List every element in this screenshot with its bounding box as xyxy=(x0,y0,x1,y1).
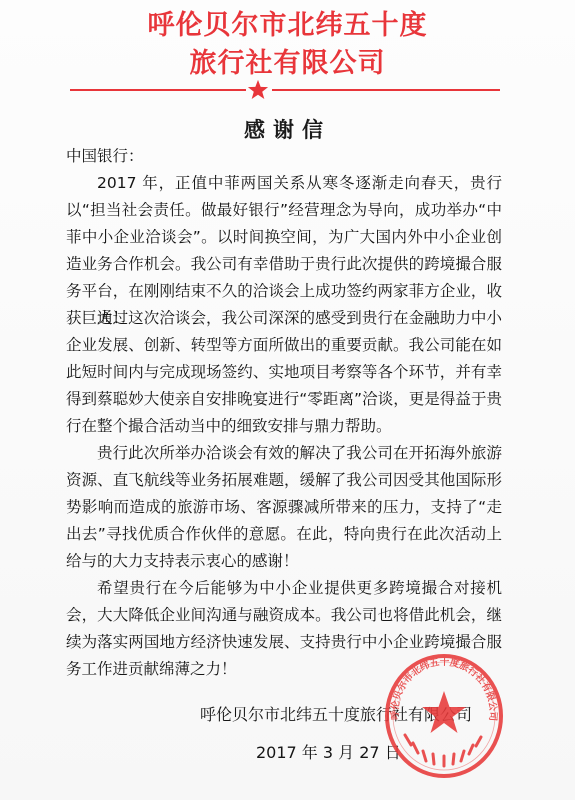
letterhead-company-line2: 旅行社有限公司 xyxy=(0,50,575,77)
letter-page: 呼伦贝尔市北纬五十度 旅行社有限公司 感谢信 中国银行： 2017 年，正值中菲… xyxy=(0,0,575,800)
salutation: 中国银行： xyxy=(66,143,502,170)
signature-date: 2017 年 3 月 27 日 xyxy=(256,740,401,763)
letterhead-company-line1: 呼伦贝尔市北纬五十度 xyxy=(0,12,575,39)
letter-body-3: 贵行此次所举办洽谈会有效的解决了我公司在开拓海外旅游资源、直飞航线等业务拓展难题… xyxy=(66,440,502,575)
letter-body-2: 通过这次洽谈会，我公司深深的感受到贵行在金融助力中小企业发展、创新、转型等方面所… xyxy=(66,305,502,440)
star-icon xyxy=(247,79,269,101)
official-seal-icon: 呼伦贝尔市北纬五十度旅行社有限公司 xyxy=(383,653,505,779)
letterhead-divider-right xyxy=(272,89,500,91)
paragraph-2: 通过这次洽谈会，我公司深深的感受到贵行在金融助力中小企业发展、创新、转型等方面所… xyxy=(66,305,502,440)
letter-title: 感谢信 xyxy=(0,114,575,144)
paragraph-3: 贵行此次所举办洽谈会有效的解决了我公司在开拓海外旅游资源、直飞航线等业务拓展难题… xyxy=(66,440,502,575)
letterhead-divider-left xyxy=(70,89,246,91)
